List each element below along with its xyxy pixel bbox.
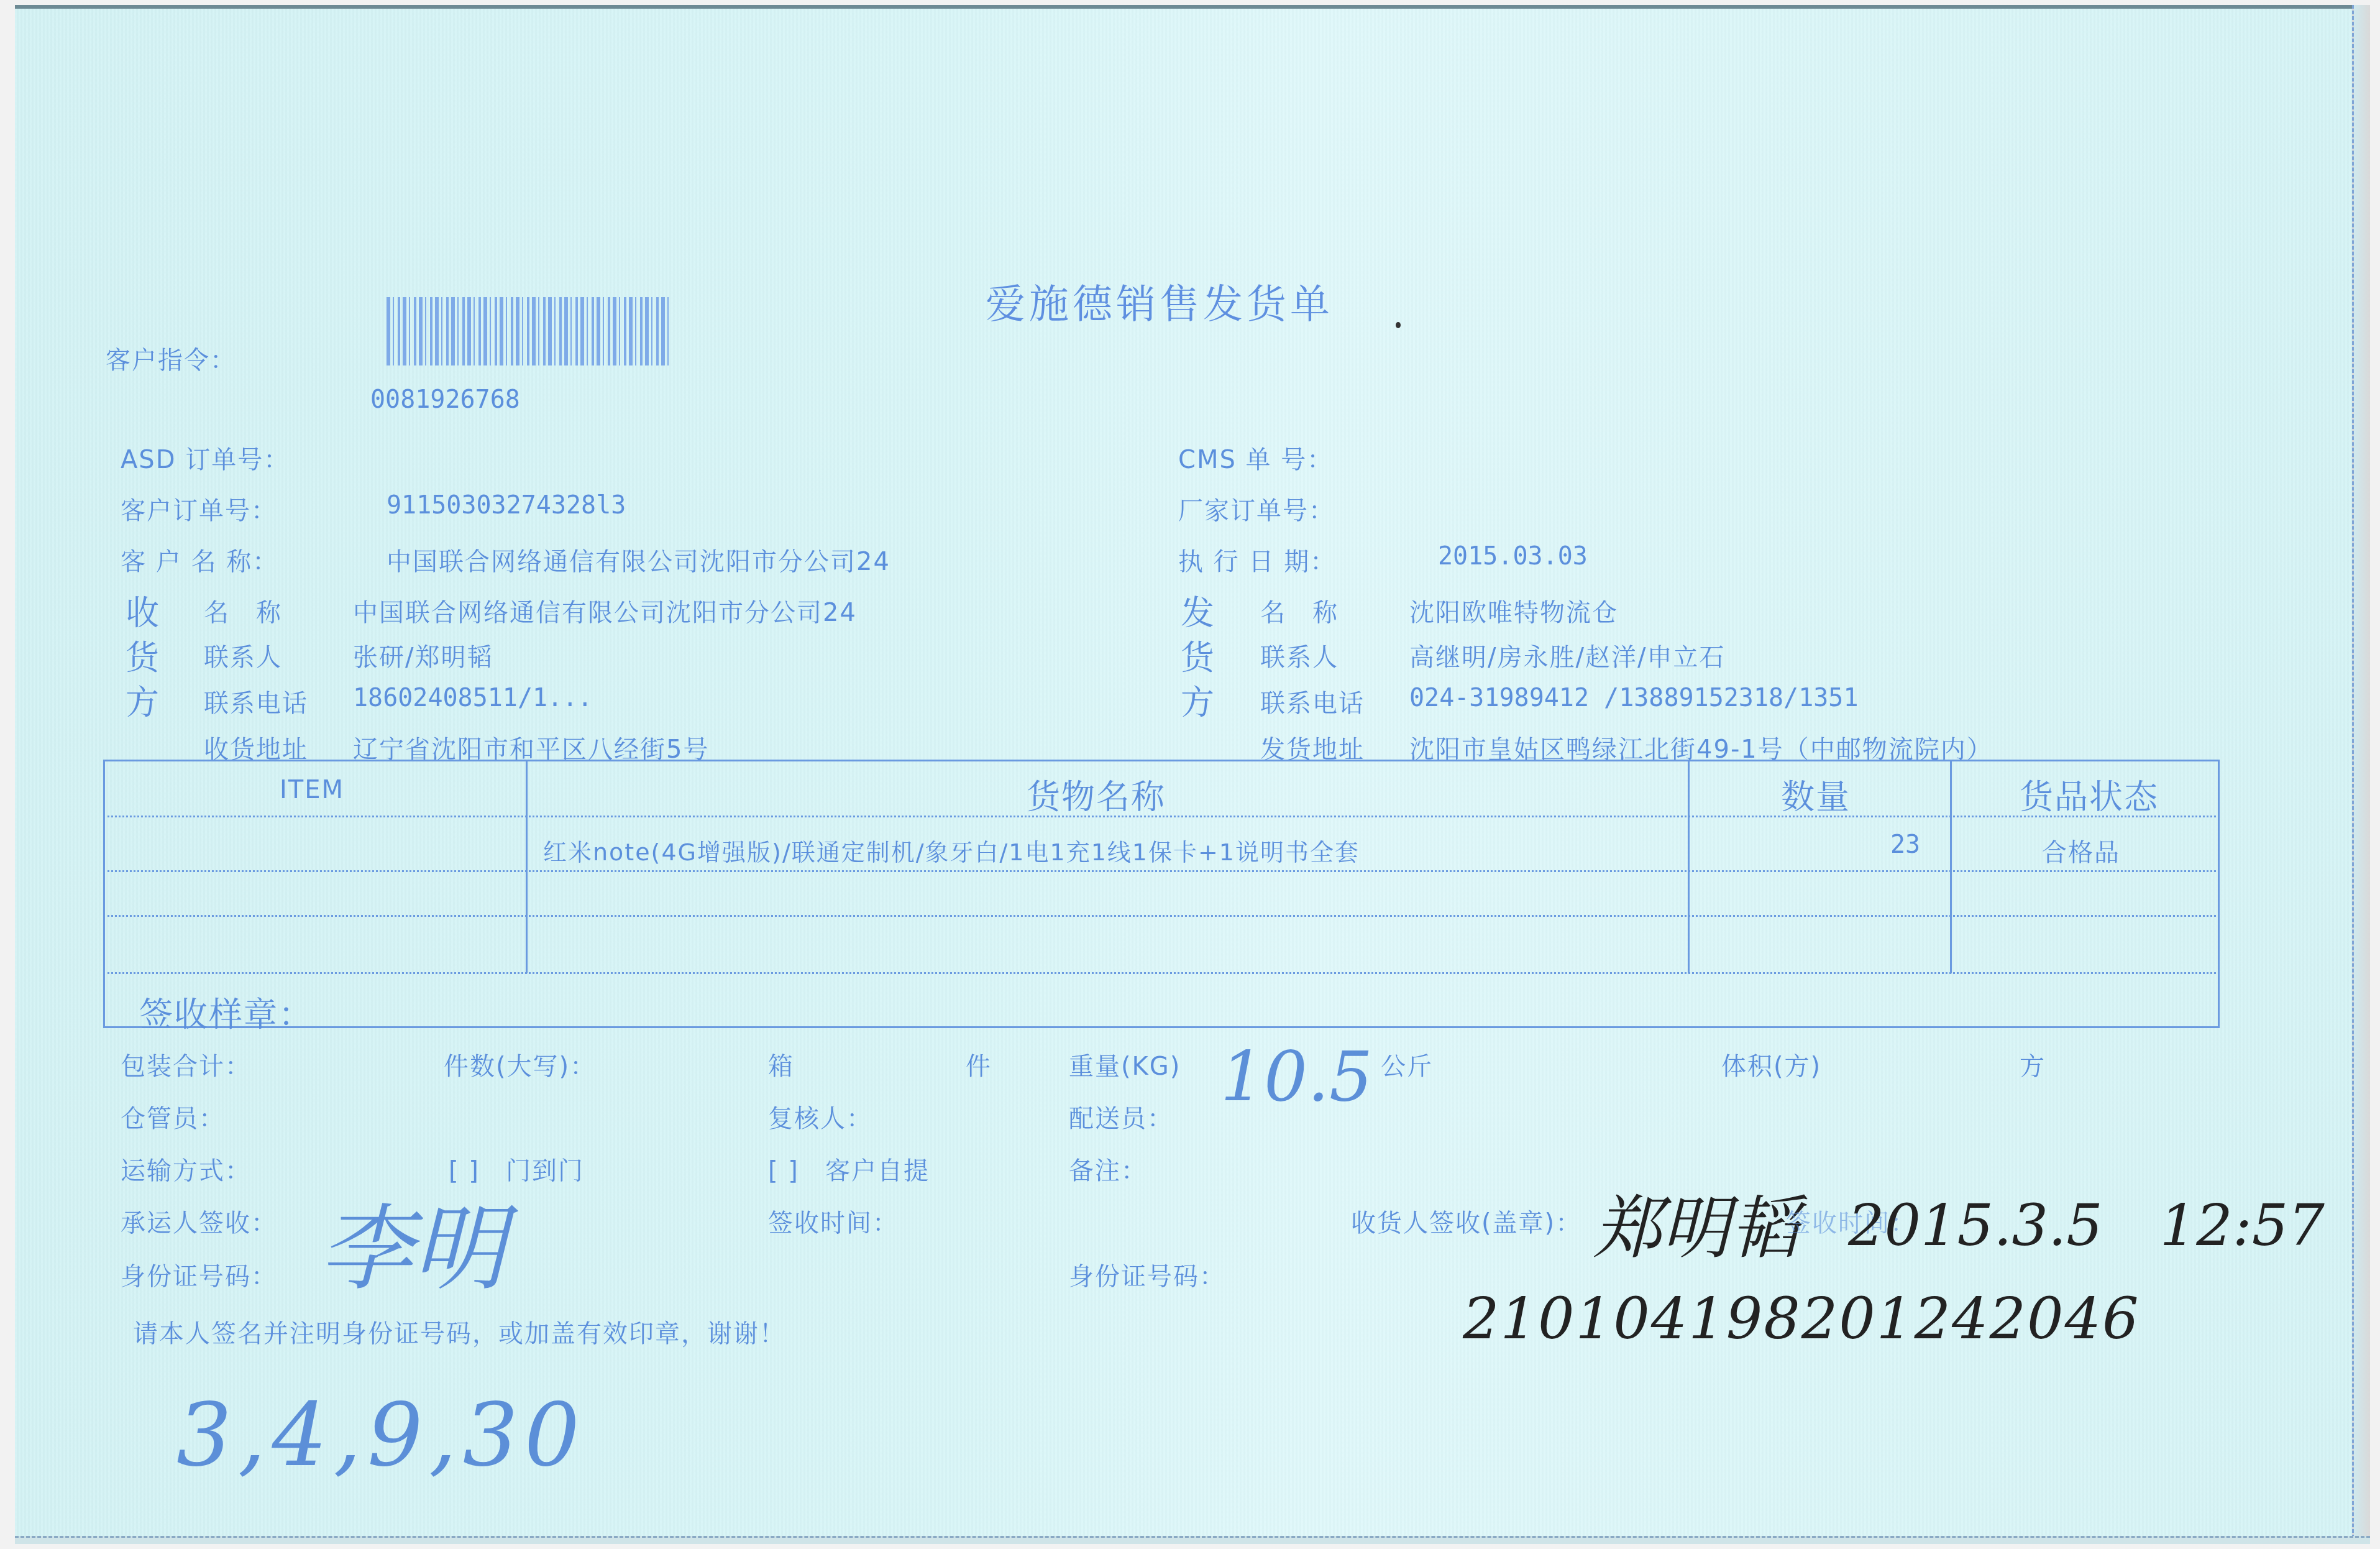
table-row-divider: [103, 870, 2220, 872]
cms-number-label: CMS 单 号：: [1178, 440, 1333, 476]
weight-handwritten: 10.5: [1220, 1037, 1373, 1116]
carrier-signature: 李明: [319, 1174, 506, 1308]
piece-unit: 件: [966, 1047, 992, 1082]
dispatcher-label: 配送员：: [1069, 1099, 1173, 1134]
volume-unit: 方: [2020, 1047, 2046, 1082]
asd-order-label: ASD 订单号：: [121, 440, 290, 476]
signature-stamp-label: 签收样章：: [139, 988, 313, 1036]
consignee-contact-label: 联系人: [204, 638, 282, 673]
transport-mode-label: 运输方式：: [121, 1151, 251, 1187]
consignee-name-label: 名 称: [204, 593, 282, 628]
shipper-phone-value: 024-31989412 /13889152318/1351: [1409, 684, 1858, 712]
shipper-phone-label: 联系电话: [1260, 684, 1365, 719]
shipper-name-value: 沈阳欧唯特物流仓: [1409, 593, 1618, 628]
pieces-caps-label: 件数(大写)：: [444, 1047, 596, 1082]
carrier-id-label: 身份证号码：: [121, 1257, 277, 1292]
shipper-contact-label: 联系人: [1260, 638, 1339, 673]
customer-name-value: 中国联合网络通信有限公司沈阳市分公司24: [387, 542, 890, 577]
row-status: 合格品: [2042, 833, 2120, 868]
warehouse-keeper-label: 仓管员：: [121, 1099, 225, 1134]
consignee-phone-value: 18602408511/1...: [353, 684, 592, 712]
perforated-edge-bottom: [15, 1536, 2370, 1544]
shipper-side-char-1: 发: [1181, 587, 1215, 635]
kg-unit: 公斤: [1381, 1047, 1433, 1082]
manufacturer-order-label: 厂家订单号：: [1178, 491, 1335, 526]
shipper-contact-value: 高继明/房永胜/赵洋/申立石: [1409, 638, 1725, 673]
table-row-divider: [103, 915, 2220, 917]
carrier-sign-label: 承运人签收：: [121, 1203, 277, 1239]
table-col-divider-2: [1688, 760, 1690, 973]
table-header-goods-name: 货物名称: [1027, 771, 1166, 819]
consignee-signature: 郑明韬: [1593, 1174, 1798, 1272]
consignee-contact-value: 张研/郑明韬: [353, 638, 493, 673]
customer-order-value: 91150303274328l3: [387, 491, 626, 520]
delivery-note-paper: 爱施德销售发货单 客户指令： 0081926768 ASD 订单号： 客户订单号…: [15, 5, 2370, 1544]
perforated-edge-right: [2352, 5, 2370, 1544]
table-col-divider-3: [1950, 760, 1952, 973]
package-total-label: 包装合计：: [121, 1047, 251, 1082]
execution-date-value: 2015.03.03: [1438, 542, 1588, 571]
row-quantity: 23: [1890, 830, 1920, 859]
customer-instruction-label: 客户指令：: [106, 341, 236, 376]
consignee-id-handwritten: 210104198201242046: [1463, 1285, 2140, 1352]
table-header-status: 货品状态: [2020, 771, 2159, 819]
sign-time-label: 签收时间：: [768, 1203, 899, 1239]
barcode-icon: [387, 297, 670, 365]
consignee-sign-label: 收货人签收(盖章)：: [1351, 1203, 1581, 1239]
table-header-quantity: 数量: [1781, 771, 1851, 819]
barcode-number: 0081926768: [370, 385, 520, 414]
consignee-side-char-1: 收: [126, 587, 160, 635]
box-unit: 箱: [768, 1047, 794, 1082]
shipper-side-char-2: 货: [1181, 632, 1215, 679]
consignee-time-handwritten: 2015.3.5 12:57: [1848, 1180, 2325, 1262]
row-goods-name: 红米note(4G增强版)/联通定制机/象牙白/1电1充1线1保卡+1说明书全套: [543, 833, 1360, 867]
table-row-divider: [103, 972, 2220, 974]
weight-label: 重量(KG): [1069, 1047, 1181, 1082]
shipper-side-char-3: 方: [1181, 676, 1215, 724]
reviewer-label: 复核人：: [768, 1099, 872, 1134]
shipper-name-label: 名 称: [1260, 593, 1339, 628]
customer-name-label: 客 户 名 称：: [121, 542, 278, 577]
customer-order-label: 客户订单号：: [121, 491, 277, 526]
ink-dot: [1396, 322, 1401, 328]
table-header-item: ITEM: [280, 776, 344, 804]
table-col-divider-1: [526, 760, 528, 973]
consignee-side-char-3: 方: [126, 676, 160, 724]
bottom-handwritten-note: 3,4,9,30: [176, 1385, 586, 1486]
signature-notice: 请本人签名并注明身份证号码，或加盖有效印章，谢谢！: [133, 1314, 785, 1349]
remarks-label: 备注：: [1069, 1151, 1147, 1187]
execution-date-label: 执 行 日 期：: [1178, 542, 1336, 577]
consignee-phone-label: 联系电话: [204, 684, 308, 719]
volume-label: 体积(方): [1721, 1047, 1821, 1082]
paper-top-edge: [15, 5, 2370, 9]
consignee-side-char-2: 货: [126, 632, 160, 679]
document-title: 爱施德销售发货单: [986, 272, 1334, 329]
consignee-id-label: 身份证号码：: [1069, 1257, 1225, 1292]
consignee-name-value: 中国联合网络通信有限公司沈阳市分公司24: [353, 593, 857, 628]
customer-pickup-checkbox[interactable]: [ ] 客户自提: [768, 1151, 930, 1187]
